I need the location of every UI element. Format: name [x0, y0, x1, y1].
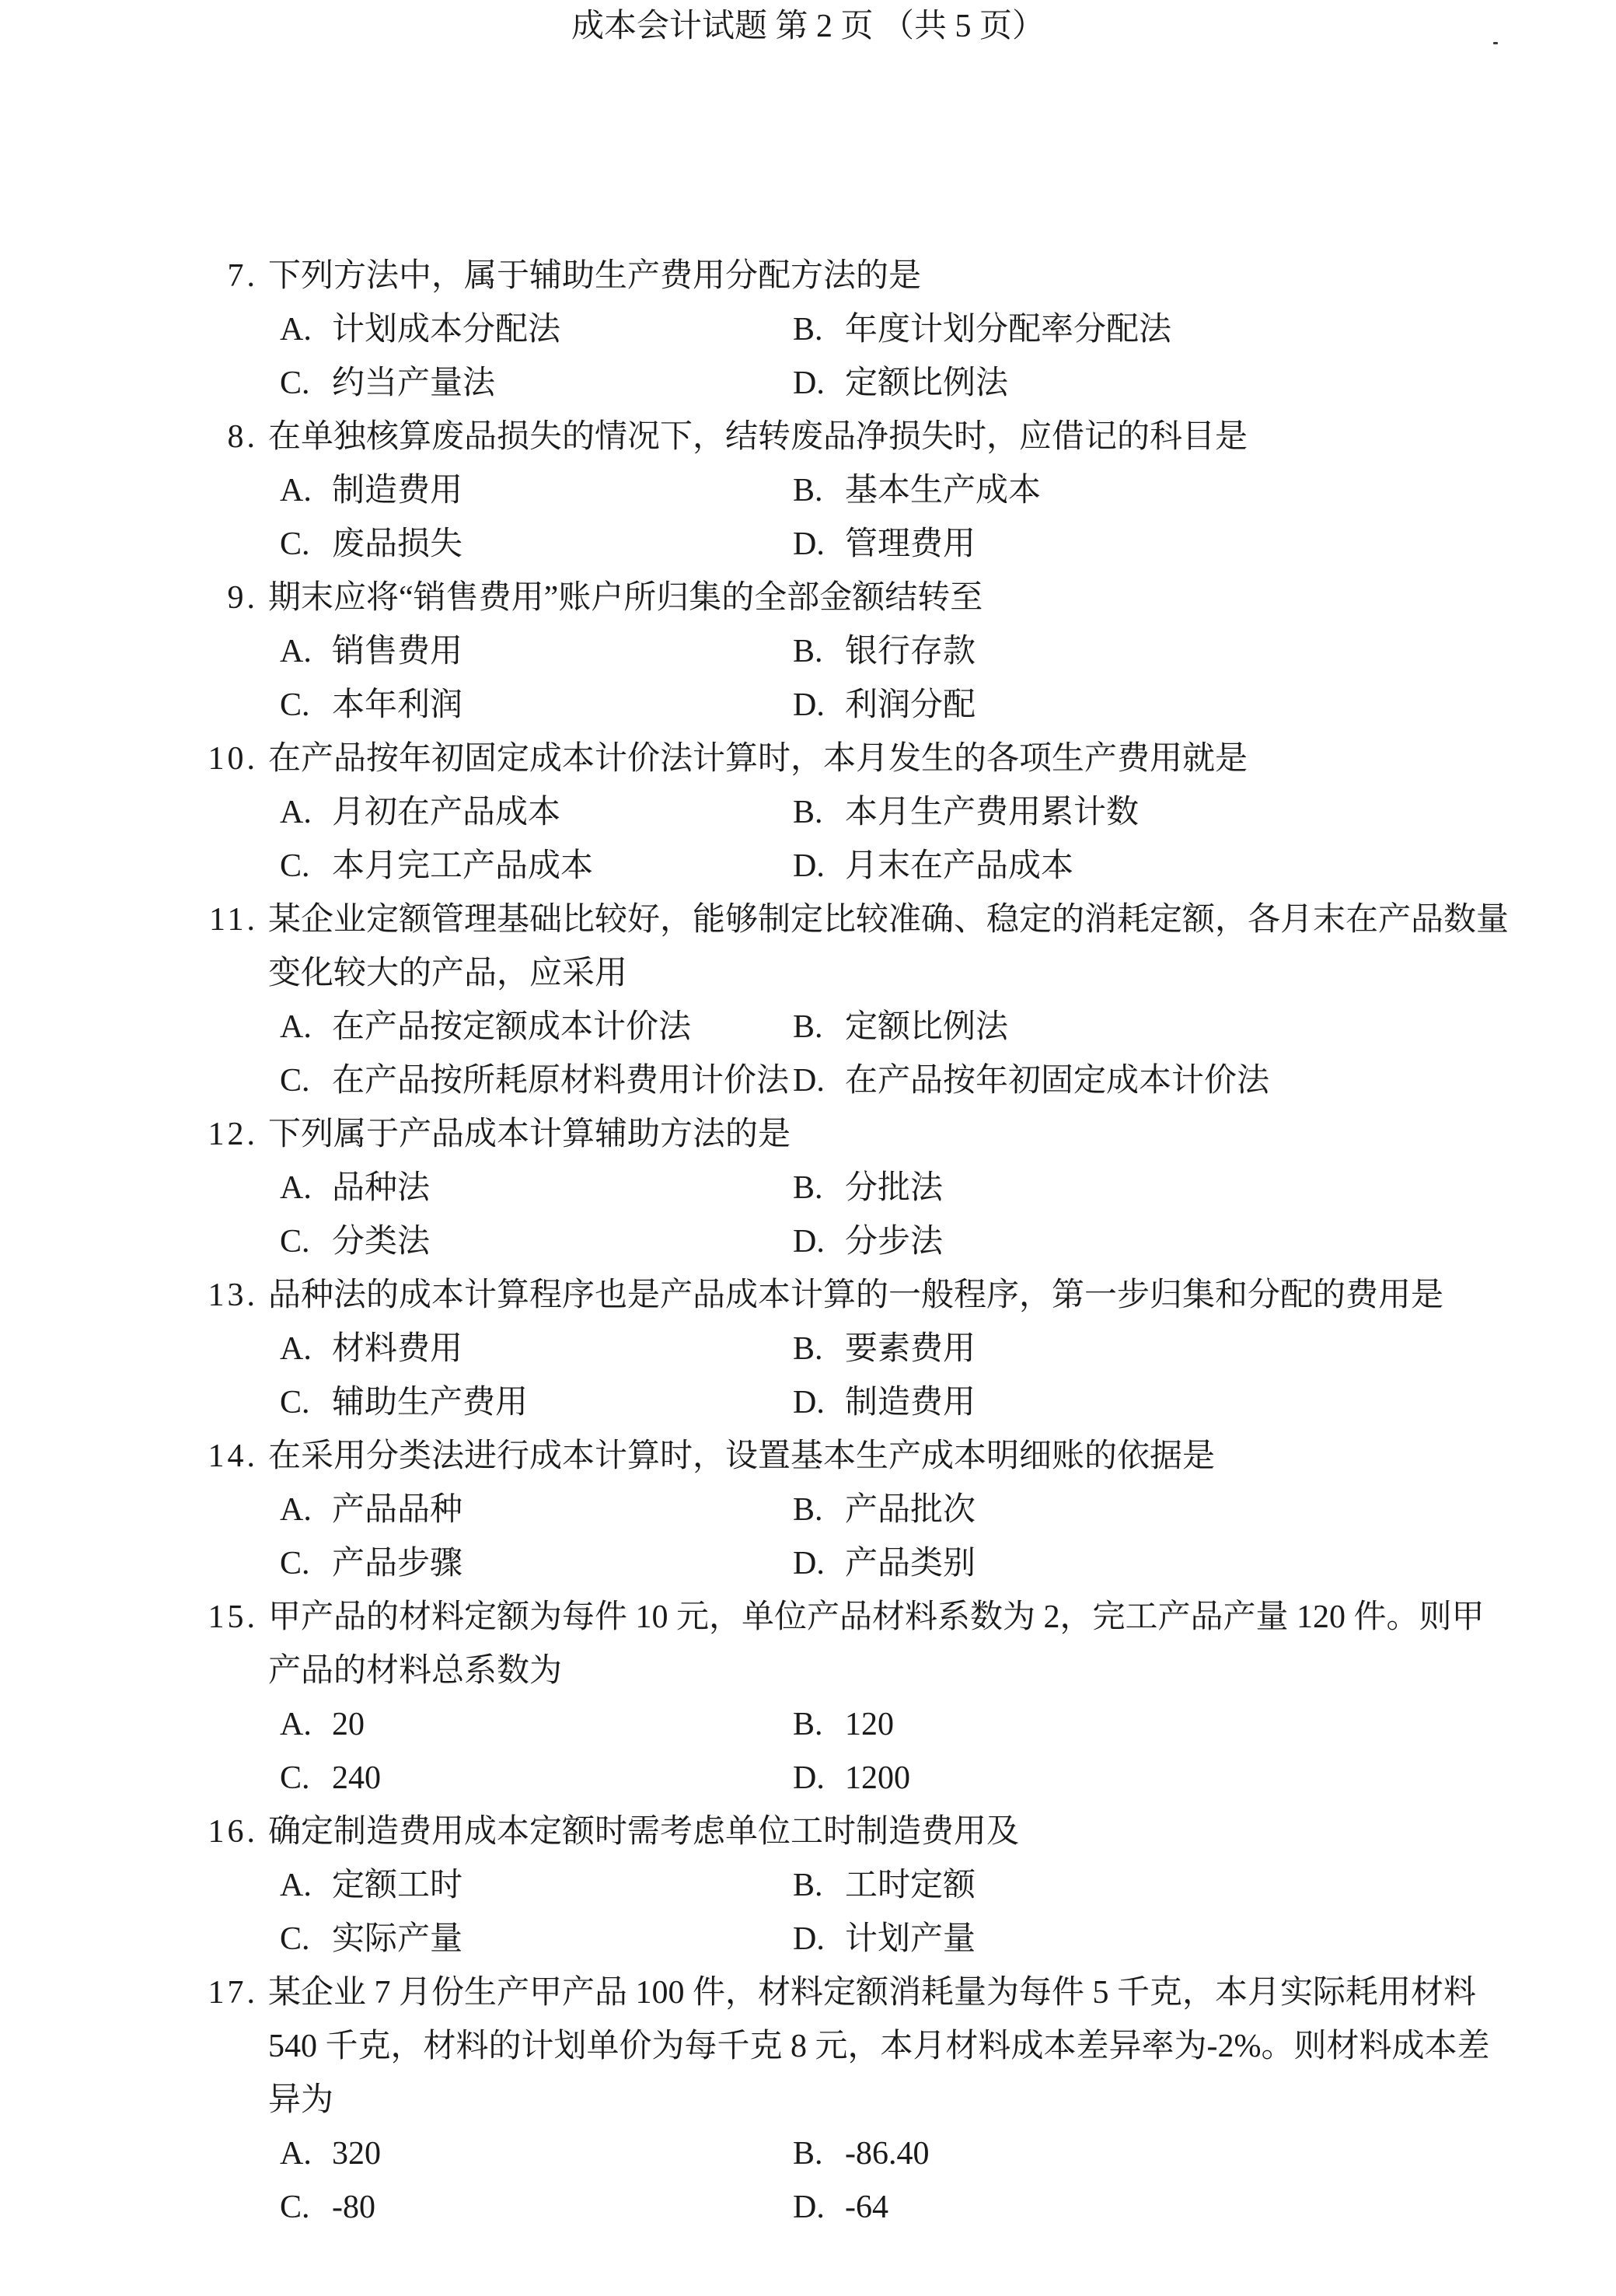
- option-text: 工时定额: [845, 1859, 976, 1913]
- option-row: A.品种法B.分批法: [280, 1162, 1616, 1215]
- option-row: C.辅助生产费用D.制造费用: [280, 1376, 1616, 1430]
- option: A.在产品按定额成本计价法: [280, 1001, 793, 1054]
- option-row: C.-80D.-64: [280, 2181, 1616, 2235]
- option-label: D.: [793, 518, 845, 571]
- option: C.-80: [280, 2181, 793, 2235]
- option-label: A.: [280, 1162, 332, 1215]
- option-label: B.: [793, 1698, 845, 1752]
- option-text: 在产品按所耗原材料费用计价法: [332, 1054, 789, 1108]
- option: C.240: [280, 1752, 793, 1805]
- option: C.本年利润: [280, 679, 793, 732]
- option-text: 产品类别: [845, 1537, 976, 1591]
- option: B.-86.40: [793, 2127, 930, 2181]
- option-label: D.: [793, 2181, 845, 2235]
- question-stem-text: 品种法的成本计算程序也是产品成本计算的一般程序，第一步归集和分配的费用是: [268, 1277, 1443, 1313]
- option-label: D.: [793, 1376, 845, 1430]
- question-list: 7.下列方法中，属于辅助生产费用分配方法的是A.计划成本分配法B.年度计划分配率…: [0, 250, 1616, 2235]
- question-stem-text: 产品的材料总系数为: [268, 1653, 562, 1689]
- option-text: 材料费用: [332, 1323, 462, 1376]
- option-row: C.分类法D.分步法: [280, 1215, 1616, 1269]
- question-stem-text: 甲产品的材料定额为每件 10 元，单位产品材料系数为 2，完工产品产量 120 …: [268, 1599, 1485, 1635]
- option: C.产品步骤: [280, 1537, 793, 1591]
- option: D.1200: [793, 1752, 910, 1805]
- option-row: C.约当产量法D.定额比例法: [280, 357, 1616, 411]
- option-text: 制造费用: [845, 1376, 976, 1430]
- question-stem-line: 12.下列属于产品成本计算辅助方法的是: [268, 1108, 1616, 1162]
- option: D.分步法: [793, 1215, 943, 1269]
- option-text: 实际产量: [332, 1913, 462, 1966]
- option-label: D.: [793, 840, 845, 893]
- option-text: 240: [332, 1752, 381, 1805]
- option: D.利润分配: [793, 679, 976, 732]
- option-text: 年度计划分配率分配法: [845, 303, 1171, 357]
- option-text: 银行存款: [845, 625, 976, 679]
- question-stem-line: 9.期末应将“销售费用”账户所归集的全部金额结转至: [268, 571, 1616, 625]
- option-text: 制造费用: [332, 464, 462, 518]
- question-number: 8.: [188, 411, 258, 464]
- option-text: 分批法: [845, 1162, 943, 1215]
- option-label: B.: [793, 2127, 845, 2181]
- option-row: A.月初在产品成本B.本月生产费用累计数: [280, 786, 1616, 840]
- question-stem-text: 在产品按年初固定成本计价法计算时，本月发生的各项生产费用就是: [268, 741, 1248, 777]
- option: B.120: [793, 1698, 894, 1752]
- option: D.计划产量: [793, 1913, 976, 1966]
- option: B.产品批次: [793, 1483, 976, 1537]
- question: 14.在采用分类法进行成本计算时，设置基本生产成本明细账的依据是A.产品品种B.…: [0, 1430, 1616, 1591]
- option: C.约当产量法: [280, 357, 793, 411]
- option-text: 产品批次: [845, 1483, 976, 1537]
- question-number: 15.: [188, 1591, 258, 1644]
- option-text: 分步法: [845, 1215, 943, 1269]
- question-stem-text: 在采用分类法进行成本计算时，设置基本生产成本明细账的依据是: [268, 1438, 1215, 1474]
- option: B.要素费用: [793, 1323, 976, 1376]
- question-stem-text: 在单独核算废品损失的情况下，结转废品净损失时，应借记的科目是: [268, 419, 1248, 455]
- question-stem-line: 异为: [268, 2074, 1616, 2127]
- option-label: A.: [280, 1001, 332, 1054]
- question: 13.品种法的成本计算程序也是产品成本计算的一般程序，第一步归集和分配的费用是A…: [0, 1269, 1616, 1430]
- option-label: B.: [793, 1162, 845, 1215]
- option: A.月初在产品成本: [280, 786, 793, 840]
- option-text: -86.40: [845, 2127, 930, 2181]
- option-row: A.320B.-86.40: [280, 2127, 1616, 2181]
- option-label: B.: [793, 303, 845, 357]
- option: D.定额比例法: [793, 357, 1008, 411]
- option-label: A.: [280, 1698, 332, 1752]
- question-stem-line: 14.在采用分类法进行成本计算时，设置基本生产成本明细账的依据是: [268, 1430, 1616, 1483]
- option: A.20: [280, 1698, 793, 1752]
- option-text: 计划产量: [845, 1913, 976, 1966]
- question: 15.甲产品的材料定额为每件 10 元，单位产品材料系数为 2，完工产品产量 1…: [0, 1591, 1616, 1805]
- option-text: 本年利润: [332, 679, 462, 732]
- question-stem-text: 期末应将“销售费用”账户所归集的全部金额结转至: [268, 580, 983, 616]
- question-stem-line: 540 千克，材料的计划单价为每千克 8 元，本月材料成本差异率为-2%。则材料…: [268, 2020, 1616, 2074]
- question-stem-line: 16.确定制造费用成本定额时需考虑单位工时制造费用及: [268, 1805, 1616, 1859]
- option: C.实际产量: [280, 1913, 793, 1966]
- option: B.定额比例法: [793, 1001, 1008, 1054]
- option-text: 品种法: [332, 1162, 430, 1215]
- question-stem-text: 某企业定额管理基础比较好，能够制定比较准确、稳定的消耗定额，各月末在产品数量: [268, 902, 1509, 938]
- option-text: 定额比例法: [845, 357, 1008, 411]
- option-label: C.: [280, 357, 332, 411]
- option-row: A.材料费用B.要素费用: [280, 1323, 1616, 1376]
- question-stem-text: 下列方法中，属于辅助生产费用分配方法的是: [268, 258, 921, 294]
- option: C.辅助生产费用: [280, 1376, 793, 1430]
- option-label: B.: [793, 1323, 845, 1376]
- question-stem-text: 异为: [268, 2082, 333, 2118]
- option-text: 在产品按年初固定成本计价法: [845, 1054, 1269, 1108]
- option-label: C.: [280, 2181, 332, 2235]
- option-label: D.: [793, 1913, 845, 1966]
- option-text: 定额工时: [332, 1859, 462, 1913]
- option-text: 120: [845, 1698, 894, 1752]
- question-stem-line: 10.在产品按年初固定成本计价法计算时，本月发生的各项生产费用就是: [268, 732, 1616, 786]
- option-label: C.: [280, 1054, 332, 1108]
- option-label: A.: [280, 2127, 332, 2181]
- option: D.-64: [793, 2181, 888, 2235]
- option-text: 分类法: [332, 1215, 430, 1269]
- option: C.在产品按所耗原材料费用计价法: [280, 1054, 793, 1108]
- option-label: C.: [280, 1752, 332, 1805]
- exam-page: 7.下列方法中，属于辅助生产费用分配方法的是A.计划成本分配法B.年度计划分配率…: [0, 0, 1616, 2296]
- option-text: 约当产量法: [332, 357, 495, 411]
- option-text: 月初在产品成本: [332, 786, 560, 840]
- option-label: D.: [793, 357, 845, 411]
- option-label: C.: [280, 518, 332, 571]
- option-label: D.: [793, 1054, 845, 1108]
- question: 17.某企业 7 月份生产甲产品 100 件，材料定额消耗量为每件 5 千克，本…: [0, 1966, 1616, 2235]
- option-label: C.: [280, 1537, 332, 1591]
- option-label: B.: [793, 1483, 845, 1537]
- option-label: C.: [280, 840, 332, 893]
- question-number: 11.: [188, 893, 258, 947]
- question-number: 14.: [188, 1430, 258, 1483]
- option-text: 管理费用: [845, 518, 976, 571]
- option-label: A.: [280, 464, 332, 518]
- option: C.本月完工产品成本: [280, 840, 793, 893]
- option-label: D.: [793, 1752, 845, 1805]
- option-row: C.废品损失D.管理费用: [280, 518, 1616, 571]
- option-label: B.: [793, 464, 845, 518]
- option-text: 要素费用: [845, 1323, 976, 1376]
- question: 7.下列方法中，属于辅助生产费用分配方法的是A.计划成本分配法B.年度计划分配率…: [0, 250, 1616, 411]
- option-text: 废品损失: [332, 518, 462, 571]
- option: A.产品品种: [280, 1483, 793, 1537]
- option: A.销售费用: [280, 625, 793, 679]
- option: A.材料费用: [280, 1323, 793, 1376]
- question-number: 13.: [188, 1269, 258, 1323]
- option: B.本月生产费用累计数: [793, 786, 1139, 840]
- option-row: C.本月完工产品成本D.月末在产品成本: [280, 840, 1616, 893]
- option: C.分类法: [280, 1215, 793, 1269]
- option-row: A.定额工时B.工时定额: [280, 1859, 1616, 1913]
- option-row: C.240D.1200: [280, 1752, 1616, 1805]
- option-row: C.本年利润D.利润分配: [280, 679, 1616, 732]
- option-text: 利润分配: [845, 679, 976, 732]
- option: D.在产品按年初固定成本计价法: [793, 1054, 1269, 1108]
- question-stem-line: 13.品种法的成本计算程序也是产品成本计算的一般程序，第一步归集和分配的费用是: [268, 1269, 1616, 1323]
- option-row: A.20B.120: [280, 1698, 1616, 1752]
- question-number: 7.: [188, 250, 258, 303]
- question-stem-text: 540 千克，材料的计划单价为每千克 8 元，本月材料成本差异率为-2%。则材料…: [268, 2029, 1489, 2064]
- option-label: A.: [280, 625, 332, 679]
- option: B.银行存款: [793, 625, 976, 679]
- option: A.320: [280, 2127, 793, 2181]
- question-number: 12.: [188, 1108, 258, 1162]
- option-text: 销售费用: [332, 625, 462, 679]
- option-text: -64: [845, 2181, 888, 2235]
- option-label: A.: [280, 303, 332, 357]
- question-number: 17.: [188, 1966, 258, 2020]
- question-stem-line: 7.下列方法中，属于辅助生产费用分配方法的是: [268, 250, 1616, 303]
- option-label: B.: [793, 1001, 845, 1054]
- question: 8.在单独核算废品损失的情况下，结转废品净损失时，应借记的科目是A.制造费用B.…: [0, 411, 1616, 571]
- question: 16.确定制造费用成本定额时需考虑单位工时制造费用及A.定额工时B.工时定额C.…: [0, 1805, 1616, 1966]
- scan-artifact-dot: [1493, 42, 1498, 44]
- option-text: 辅助生产费用: [332, 1376, 528, 1430]
- option-label: A.: [280, 1859, 332, 1913]
- option: B.基本生产成本: [793, 464, 1041, 518]
- option-label: C.: [280, 1913, 332, 1966]
- question: 11.某企业定额管理基础比较好，能够制定比较准确、稳定的消耗定额，各月末在产品数…: [0, 893, 1616, 1108]
- option-row: A.制造费用B.基本生产成本: [280, 464, 1616, 518]
- question-stem-line: 17.某企业 7 月份生产甲产品 100 件，材料定额消耗量为每件 5 千克，本…: [268, 1966, 1616, 2020]
- option-label: C.: [280, 679, 332, 732]
- question-stem-text: 确定制造费用成本定额时需考虑单位工时制造费用及: [268, 1814, 1019, 1850]
- option: A.品种法: [280, 1162, 793, 1215]
- option-row: A.在产品按定额成本计价法B.定额比例法: [280, 1001, 1616, 1054]
- option: C.废品损失: [280, 518, 793, 571]
- option: D.月末在产品成本: [793, 840, 1073, 893]
- question-stem-text: 变化较大的产品，应采用: [268, 956, 627, 991]
- option: B.工时定额: [793, 1859, 976, 1913]
- option-row: A.产品品种B.产品批次: [280, 1483, 1616, 1537]
- question-stem-line: 8.在单独核算废品损失的情况下，结转废品净损失时，应借记的科目是: [268, 411, 1616, 464]
- page-footer: 成本会计试题 第 2 页 （共 5 页）: [0, 0, 1616, 54]
- option-label: A.: [280, 786, 332, 840]
- option-label: A.: [280, 1483, 332, 1537]
- option: D.制造费用: [793, 1376, 976, 1430]
- question-stem-text: 某企业 7 月份生产甲产品 100 件，材料定额消耗量为每件 5 千克，本月实际…: [268, 1975, 1476, 2011]
- option: A.定额工时: [280, 1859, 793, 1913]
- question: 12.下列属于产品成本计算辅助方法的是A.品种法B.分批法C.分类法D.分步法: [0, 1108, 1616, 1269]
- question-stem-line: 11.某企业定额管理基础比较好，能够制定比较准确、稳定的消耗定额，各月末在产品数…: [268, 893, 1616, 947]
- option-label: B.: [793, 625, 845, 679]
- option-label: A.: [280, 1323, 332, 1376]
- option-text: 计划成本分配法: [332, 303, 560, 357]
- option: B.年度计划分配率分配法: [793, 303, 1171, 357]
- option-row: C.产品步骤D.产品类别: [280, 1537, 1616, 1591]
- option-row: C.在产品按所耗原材料费用计价法D.在产品按年初固定成本计价法: [280, 1054, 1616, 1108]
- option-text: 20: [332, 1698, 365, 1752]
- option: D.管理费用: [793, 518, 976, 571]
- question-number: 16.: [188, 1805, 258, 1859]
- option-row: C.实际产量D.计划产量: [280, 1913, 1616, 1966]
- question: 9.期末应将“销售费用”账户所归集的全部金额结转至A.销售费用B.银行存款C.本…: [0, 571, 1616, 732]
- option-text: -80: [332, 2181, 375, 2235]
- option-label: B.: [793, 786, 845, 840]
- question-stem-line: 产品的材料总系数为: [268, 1644, 1616, 1698]
- option-text: 本月完工产品成本: [332, 840, 593, 893]
- option-row: A.销售费用B.银行存款: [280, 625, 1616, 679]
- option-label: D.: [793, 1215, 845, 1269]
- question-number: 9.: [188, 571, 258, 625]
- option-label: D.: [793, 1537, 845, 1591]
- question-stem-text: 下列属于产品成本计算辅助方法的是: [268, 1117, 791, 1152]
- option-text: 月末在产品成本: [845, 840, 1073, 893]
- question-number: 10.: [188, 732, 258, 786]
- question: 10.在产品按年初固定成本计价法计算时，本月发生的各项生产费用就是A.月初在产品…: [0, 732, 1616, 893]
- option: B.分批法: [793, 1162, 943, 1215]
- option-label: C.: [280, 1376, 332, 1430]
- option: A.制造费用: [280, 464, 793, 518]
- option-text: 定额比例法: [845, 1001, 1008, 1054]
- option-text: 产品品种: [332, 1483, 462, 1537]
- option-label: B.: [793, 1859, 845, 1913]
- option-text: 320: [332, 2127, 381, 2181]
- option-row: A.计划成本分配法B.年度计划分配率分配法: [280, 303, 1616, 357]
- option-label: C.: [280, 1215, 332, 1269]
- option-text: 在产品按定额成本计价法: [332, 1001, 691, 1054]
- option-text: 本月生产费用累计数: [845, 786, 1139, 840]
- option: D.产品类别: [793, 1537, 976, 1591]
- option-text: 基本生产成本: [845, 464, 1041, 518]
- question-stem-line: 变化较大的产品，应采用: [268, 947, 1616, 1001]
- option: A.计划成本分配法: [280, 303, 793, 357]
- option-text: 产品步骤: [332, 1537, 462, 1591]
- question-stem-line: 15.甲产品的材料定额为每件 10 元，单位产品材料系数为 2，完工产品产量 1…: [268, 1591, 1616, 1644]
- option-label: D.: [793, 679, 845, 732]
- option-text: 1200: [845, 1752, 910, 1805]
